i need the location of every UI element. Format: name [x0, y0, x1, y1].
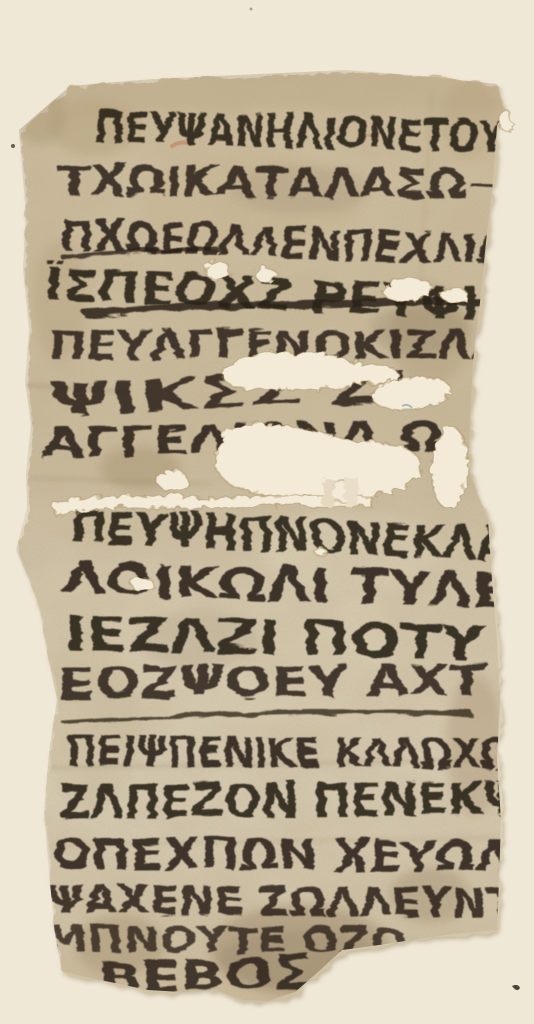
lacuna-left-small: [155, 467, 185, 489]
lacuna-small-5: [129, 575, 151, 589]
lacuna-small-1: [202, 259, 228, 277]
lacuna-small-2: [252, 265, 274, 279]
papyrus-scene: ΠΕΥΨΑΝΗΛΙΟΝΕΤΟΥ ΤΧΩΙΚΑΤΑΛΑΣΩ— ΠΧΩΕΩΛΛΕΝΠ…: [0, 0, 534, 1024]
handwriting: ΠΕΥΨΑΝΗΛΙΟΝΕΤΟΥ ΤΧΩΙΚΑΤΑΛΑΣΩ— ΠΧΩΕΩΛΛΕΝΠ…: [41, 100, 518, 1005]
edge-notch: [496, 108, 510, 128]
lacuna-small-4: [439, 285, 465, 301]
manuscript-photograph: ΠΕΥΨΑΝΗΛΙΟΝΕΤΟΥ ΤΧΩΙΚΑΤΑΛΑΣΩ— ΠΧΩΕΩΛΛΕΝΠ…: [0, 0, 534, 1024]
papyrus-surface: ΠΕΥΨΑΝΗΛΙΟΝΕΤΟΥ ΤΧΩΙΚΑΤΑΛΑΣΩ— ΠΧΩΕΩΛΛΕΝΠ…: [0, 60, 534, 1020]
speck-left: [11, 144, 15, 148]
text-line-14: ΟΠΕΧΠΩΝ ΧΕΥΩΛ: [50, 827, 511, 880]
text-line-2: ΤΧΩΙΚΑΤΑΛΑΣΩ—: [56, 154, 511, 207]
lacuna-small-6: [311, 544, 323, 552]
text-line-11: ΕΟΖΨΟΕΥ ΑΧΤ: [55, 653, 485, 708]
text-line-13: ΖΛΠΕΖΟΝ ΠΕΝΕΚΨ: [56, 769, 518, 827]
text-line-1: ΠΕΥΨΑΝΗΛΙΟΝΕΤΟΥ: [92, 100, 504, 162]
speck-top: [250, 8, 253, 11]
